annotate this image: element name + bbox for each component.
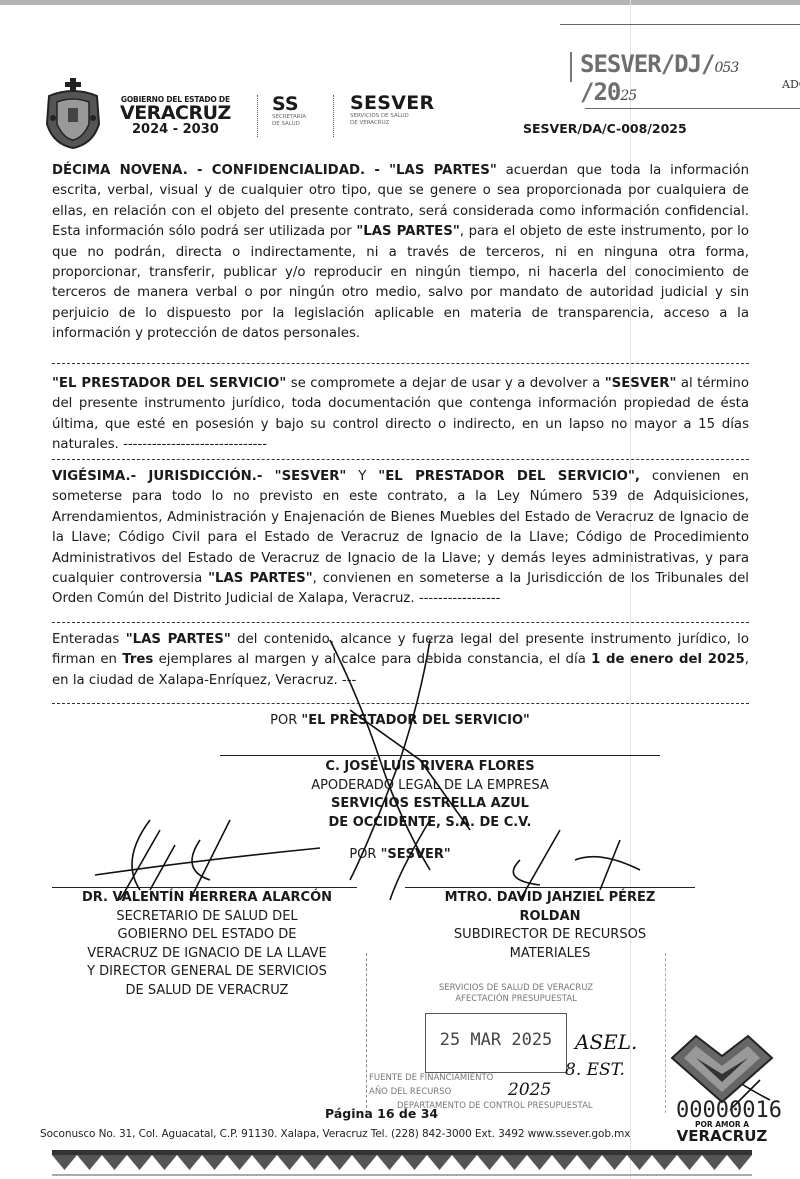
label-bold: "EL PRESTADOR DEL SERVICIO" [301, 713, 529, 728]
prestador-bold: "EL PRESTADOR DEL SERVICIO" [52, 376, 286, 391]
clause-heading: DÉCIMA NOVENA. - CONFIDENCIALIDAD. - [52, 163, 389, 178]
parties-bold: "LAS PARTES" [356, 224, 459, 239]
stamp-code-year: /20 [580, 78, 620, 106]
stamp-tag: ADQ [782, 78, 800, 91]
subdirector-signature-block: MTRO. DAVID JAHZIEL PÉREZ ROLDAN SUBDIRE… [405, 889, 695, 963]
signer-name: DR. VALENTÍN HERRERA ALARCÓN [82, 890, 332, 905]
handwritten-anio: 2025 [508, 1080, 551, 1100]
heart-logo-icon [668, 1034, 776, 1104]
signer-title: APODERADO LEGAL DE LA EMPRESA [200, 777, 660, 796]
dash-separator [52, 622, 749, 623]
ss-title: SS [272, 94, 306, 114]
label-prefix: POR [349, 847, 380, 862]
page-number: Página 16 de 34 [325, 1106, 438, 1121]
gobierno-years: 2024 - 2030 [120, 122, 231, 137]
clause-decima-novena: DÉCIMA NOVENA. - CONFIDENCIALIDAD. - "LA… [52, 161, 749, 345]
date-bold: 1 de enero del 2025 [591, 652, 745, 667]
sesver-logo: SESVER SERVICIOS DE SALUD DE VERACRUZ [350, 93, 434, 127]
ss-subtitle-1: SECRETARÍA [272, 114, 306, 121]
dash-separator [52, 459, 749, 460]
clause-heading: VIGÉSIMA.- JURISDICCIÓN.- "SESVER" [52, 469, 346, 484]
gobierno-line2: VERACRUZ [120, 104, 231, 122]
parties-bold: "LAS PARTES" [389, 163, 497, 178]
signature-line [220, 755, 660, 756]
header-divider [333, 95, 335, 137]
prestador-bold: "EL PRESTADOR DEL SERVICIO", [378, 469, 640, 484]
signer-name: C. JOSÉ LUIS RIVERA FLORES [325, 759, 534, 774]
signer-company: DE OCCIDENTE, S.A. DE C.V. [329, 815, 532, 830]
clause-text: ejemplares al margen y al calce para deb… [153, 652, 591, 667]
parties-bold: "LAS PARTES" [208, 571, 313, 586]
clause-text: , para el objeto de este instrumento, po… [52, 224, 749, 341]
signer-title: VERACRUZ DE IGNACIO DE LA LLAVE [52, 945, 362, 964]
parties-bold: "LAS PARTES" [126, 632, 231, 647]
legal-department-stamp: SESVER/DJ/053 /2025 ADQ [560, 20, 800, 110]
prestador-label: POR "EL PRESTADOR DEL SERVICIO" [0, 712, 800, 731]
ss-subtitle-2: DE SALUD [272, 121, 306, 128]
clause-vigesima: VIGÉSIMA.- JURISDICCIÓN.- "SESVER" Y "EL… [52, 467, 749, 610]
clause-text: convienen en someterse para todo lo no p… [52, 469, 749, 586]
por-amor-a-veracruz-logo: POR AMOR A VERACRUZ [662, 1034, 782, 1143]
stamp-rule [560, 24, 800, 25]
stamp-code-prefix: SESVER/DJ/ [580, 50, 715, 78]
stamp-line: SERVICIOS DE SALUD DE VERACRUZ [367, 983, 665, 993]
sesver-bold: "SESVER" [605, 376, 677, 391]
stamp-date-box: 25 MAR 2025 [425, 1013, 567, 1073]
decorative-zigzag-border [52, 1150, 752, 1170]
footer-address: Soconusco No. 31, Col. Aguacatal, C.P. 9… [40, 1128, 630, 1140]
signer-name: ROLDAN [519, 909, 580, 924]
clause-cierre: Enteradas "LAS PARTES" del contenido, al… [52, 630, 749, 691]
clause-devolucion: "EL PRESTADOR DEL SERVICIO" se compromet… [52, 374, 749, 456]
handwritten-fuente: 8. EST. [565, 1060, 625, 1080]
gobierno-veracruz-logo: GOBIERNO DEL ESTADO DE VERACRUZ 2024 - 2… [120, 95, 231, 137]
signer-title: GOBIERNO DEL ESTADO DE [52, 926, 362, 945]
veracruz-coat-of-arms-icon [43, 78, 103, 150]
stamp-date: 25 MAR 2025 [426, 1030, 566, 1050]
signature-line [405, 887, 695, 888]
stamp-anio-label: AÑO DEL RECURSO [369, 1087, 451, 1097]
signature-line [52, 887, 357, 888]
sesver-subtitle-1: SERVICIOS DE SALUD [350, 113, 434, 120]
sesver-subtitle-2: DE VERACRUZ [350, 120, 434, 127]
signer-company: SERVICIOS ESTRELLA AZUL [331, 796, 529, 811]
secretario-signature-block: DR. VALENTÍN HERRERA ALARCÓN SECRETARIO … [52, 889, 362, 1000]
clause-text: se compromete a dejar de usar y a devolv… [286, 376, 604, 391]
stamp-code: SESVER/DJ/053 /2025 [580, 50, 800, 106]
signer-title: SECRETARIO DE SALUD DEL [52, 908, 362, 927]
prestador-signature-block: C. JOSÉ LUIS RIVERA FLORES APODERADO LEG… [200, 758, 660, 832]
signer-name: MTRO. DAVID JAHZIEL PÉREZ [445, 890, 656, 905]
stamp-code-year-hand: 25 [620, 88, 636, 104]
sesver-title: SESVER [350, 93, 434, 113]
label-prefix: POR [270, 713, 301, 728]
header-divider [257, 95, 259, 137]
stamp-code-number: 053 [715, 60, 739, 76]
clause-text: Enteradas [52, 632, 126, 647]
sesver-label: POR "SESVER" [0, 846, 800, 865]
ss-logo: SS SECRETARÍA DE SALUD [272, 94, 306, 128]
clause-conjunction: Y [346, 469, 378, 484]
copies-bold: Tres [122, 652, 153, 667]
stamp-rule [585, 108, 800, 109]
veracruz-text: VERACRUZ [662, 1129, 782, 1143]
dash-separator [52, 703, 749, 704]
folio-number: 00000016 [676, 1098, 782, 1123]
signer-title: SUBDIRECTOR DE RECURSOS [405, 926, 695, 945]
stamp-line: AFECTACIÓN PRESUPUESTAL [367, 994, 665, 1004]
stamp-bar [570, 52, 572, 82]
handwritten-note: ASEL. [575, 1030, 637, 1054]
signer-title: DE SALUD DE VERACRUZ [52, 982, 362, 1001]
dash-separator [52, 363, 749, 364]
signer-title: Y DIRECTOR GENERAL DE SERVICIOS [52, 963, 362, 982]
footer-rule [52, 1174, 752, 1176]
contract-reference: SESVER/DA/C-008/2025 [523, 121, 687, 136]
scan-top-band [0, 0, 800, 5]
stamp-fuente-label: FUENTE DE FINANCIAMIENTO [369, 1073, 493, 1083]
label-bold: "SESVER" [381, 847, 451, 862]
